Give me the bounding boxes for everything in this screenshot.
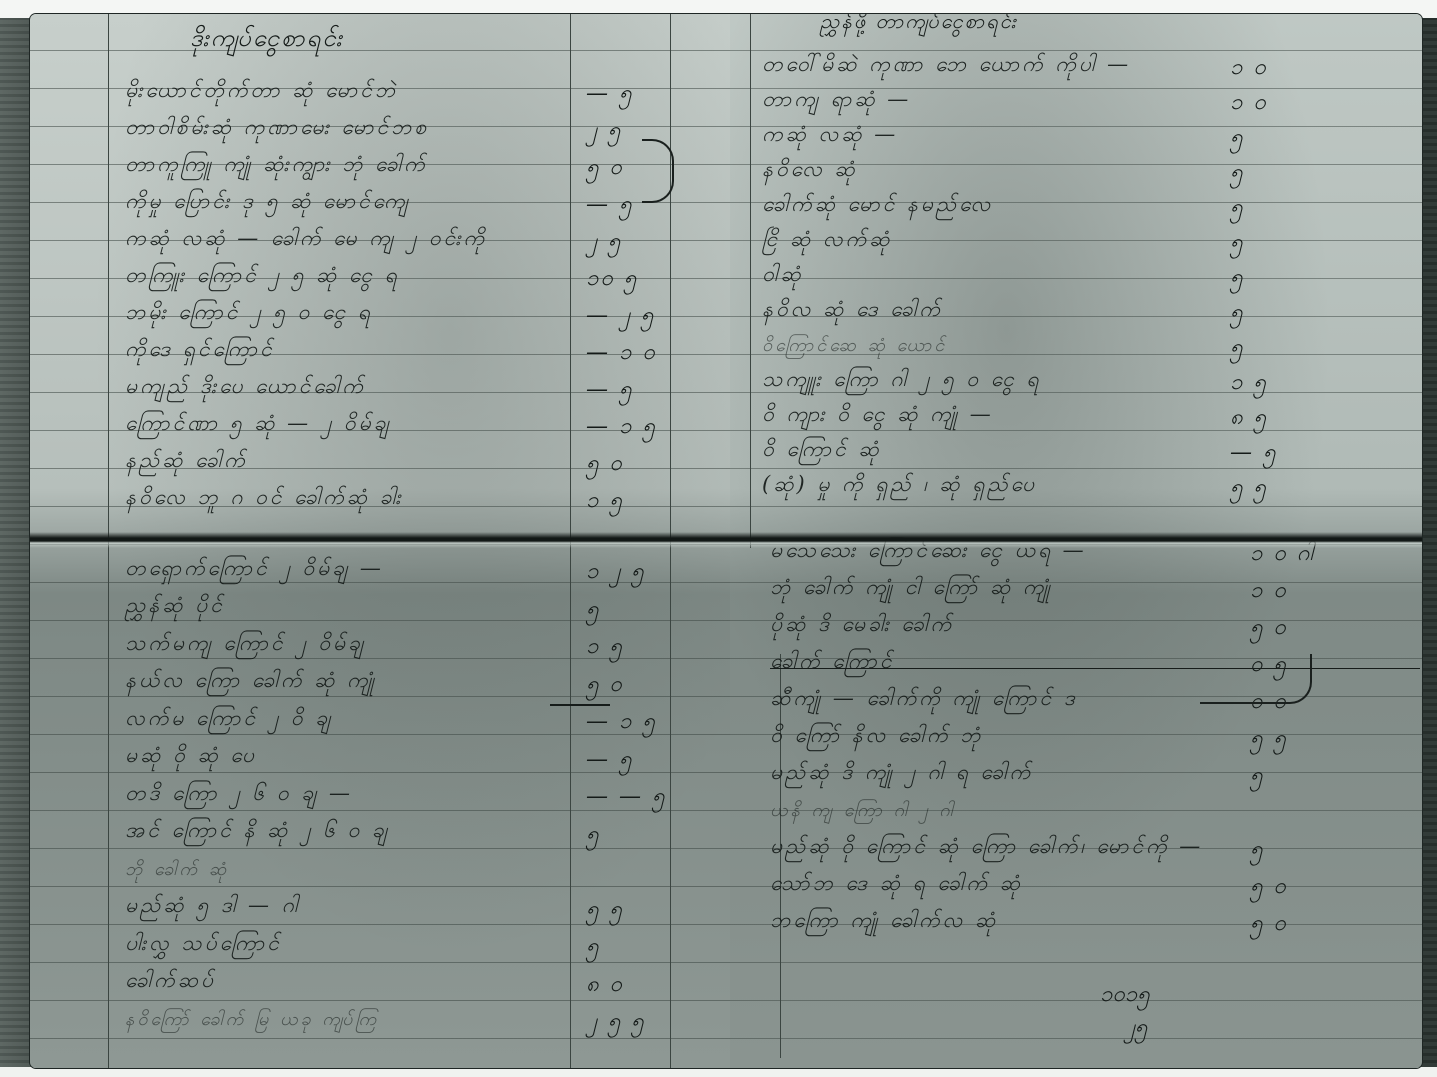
ledger-row: တရှောက်ကြောင် ၂ ဝိမ်ချ — xyxy=(125,552,384,588)
ledger-row: သော်ဘ ဒေ ဆုံ ရ ခေါက် ဆုံ xyxy=(770,867,1023,903)
ledger-row: ငြိ ဆုံ လက်ဆုံ xyxy=(762,223,892,259)
ledger-row: မည်ဆုံ ၅ ဒါ — ဂါ xyxy=(125,890,300,926)
ledger-row: နဝိကြော် ခေါက် မြ ယခု ကျပ်ကြ xyxy=(125,1002,379,1038)
entry-description: ယနိ ကျ ကြော ဂါ ၂ ဂါ xyxy=(770,798,956,825)
ledger-row: (ဆုံ) မှု ကို ရှည် ၊ ဆုံ ရှည်ပေ xyxy=(762,468,1037,504)
entry-amount: — ၁ ၅ xyxy=(586,411,657,444)
ink-underline-mark xyxy=(550,704,610,706)
entry-description: ခေါက် ကြောင် xyxy=(770,648,894,679)
entry-description: ခေါက်ဆပ် xyxy=(125,967,216,998)
entry-amount: ၅ xyxy=(586,931,600,964)
ledger-row: ခေါက်ဆုံ မောင် နမည်လေ xyxy=(762,188,993,224)
entry-description: မည်ဆုံ ဝို ကြောင် ဆုံ ကြော ခေါက်၊ မောင်က… xyxy=(770,833,1203,864)
entry-amount: ၅ xyxy=(586,819,600,852)
ledger-row: ကိုဒေ ရှင်ကြောင် xyxy=(125,333,275,369)
entry-amount: ၅ xyxy=(1230,122,1244,155)
entry-description: ဆီကျုံ — ခေါက်ကို ကျုံ ကြောင် ဒ xyxy=(770,685,1078,716)
entry-description: မိုးယောင်တိုက်တာ ဆုံ မောင်ဘဲ xyxy=(125,77,398,108)
entry-amount: ၅ ၀ xyxy=(1250,871,1288,904)
entry-amount: ၈ ၅ xyxy=(1230,402,1268,435)
entry-description: ညွှန်ဆုံ ပိုင် xyxy=(125,592,225,623)
entry-amount: ၁ ၅ xyxy=(586,485,624,518)
ledger-row: ဘုံ ခေါက် ကျုံ ငါ ကြော် ဆုံ ကျုံ xyxy=(770,571,1053,607)
ledger-row: ညွှန်ဆုံ ပိုင် xyxy=(125,590,225,626)
ledger-row: ပိုဆုံ ဒိ မေခါး ခေါက် xyxy=(770,608,954,644)
entry-description: အင် ကြောင် နိ ဆုံ ၂ ၆ ၀ ချ xyxy=(125,817,390,848)
entry-amount: ၅ xyxy=(1230,192,1244,225)
ledger-row: နဝိလေ ဆုံ xyxy=(762,153,858,189)
ledger-row: မည်ဆုံ ဝို ကြောင် ဆုံ ကြော ခေါက်၊ မောင်က… xyxy=(770,830,1203,866)
entry-description: တဒိ ကြော ၂ ၆ ၀ ချ — xyxy=(125,780,353,811)
entry-amount: ၈ ၀ xyxy=(586,969,624,1002)
entry-description: မဆုံ ဝို ဆုံ ပေ xyxy=(125,742,257,773)
ledger-row: သက်မကျ ကြောင် ၂ ဝိမ်ချ xyxy=(125,627,366,663)
ledger-row: ယနိ ကျ ကြော ဂါ ၂ ဂါ xyxy=(770,793,956,829)
ledger-row: ကဆုံ လဆုံ — xyxy=(762,118,898,154)
ledger-row: ဝိ ကြောင် ဆုံ xyxy=(762,433,882,469)
ledger-row: ဆီကျုံ — ခေါက်ကို ကျုံ ကြောင် ဒ xyxy=(770,682,1078,718)
ledger-row: ဘကြော ကျုံ ခေါက်လ ဆုံ xyxy=(770,904,998,940)
grand-total-line1: ၁၀၁၅ xyxy=(1100,979,1150,1012)
entry-description: ပိုဆုံ ဒိ မေခါး ခေါက် xyxy=(770,611,954,642)
entry-description: ဝိ ကြောင် ဆုံ xyxy=(762,436,882,467)
entry-description: မည်ဆုံ ၅ ဒါ — ဂါ xyxy=(125,892,300,923)
ledger-row: ဘို ခေါက် ဆုံ xyxy=(125,852,229,888)
entry-amount: ၁ ၀ xyxy=(1230,87,1268,120)
entry-description: မည်ဆုံ ဒိ ကျုံ ၂ ဂါ ရ ခေါက် xyxy=(770,759,1033,790)
ledger-row: မိုးယောင်တိုက်တာ ဆုံ မောင်ဘဲ xyxy=(125,74,398,110)
ledger-row: ဘမိုး ကြောင် ၂ ၅ ၀ ငွေ ရ xyxy=(125,296,373,332)
entry-description: သကျူး ကြော ဂါ ၂ ၅ ၀ ငွေ ရ xyxy=(762,366,1041,397)
entry-amount: ၁၀ ၅ xyxy=(586,263,638,296)
ledger-row: တကြူး ကြောင် ၂ ၅ ဆုံ ငွေ ရ xyxy=(125,259,400,295)
ledger-row: နဝိလေ ဘူ ဂ ဝင် ခေါက်ဆုံ ခါး xyxy=(125,481,403,517)
entry-amount: — ၅ xyxy=(586,78,633,111)
entry-description: တာကူကြူ ကျုံ ဆုံးကျွား ဘုံ ခေါက် xyxy=(125,151,428,182)
entry-amount: ၅ ၀ xyxy=(586,448,624,481)
entry-description: လက်မ ကြောင် ၂ ဝိ ချ xyxy=(125,705,333,736)
sum-bracket xyxy=(1200,654,1312,704)
entry-description: တဝေါ်မိဆဲ ကုဏာ ဘေ ယောက် ကိုပါ — xyxy=(762,51,1131,82)
entry-amount: ၁ ၂ ၅ xyxy=(586,556,646,589)
entry-amount: ၅ ၀ xyxy=(1250,908,1288,941)
entry-description: ကြောင်ဏာ ၅ ဆုံ — ၂ ဝိမ်ချ xyxy=(125,410,392,441)
entry-description: ကိုဒေ ရှင်ကြောင် xyxy=(125,336,275,367)
left-page-title: ဒိုးကျပ်ငွေစာရင်း xyxy=(190,22,344,58)
entry-amount: — ၂ ၅ xyxy=(586,300,655,333)
entry-description: ဝိ ကြော် နိလ ခေါက် ဘုံ xyxy=(770,722,983,753)
ledger-row: ဝိ ကြော် နိလ ခေါက် ဘုံ xyxy=(770,719,983,755)
entry-amount: ၂ ၅ ၅ xyxy=(586,1006,646,1039)
entry-amount: ၅ xyxy=(1250,760,1264,793)
ledger-row: မကျည် ဒိုးပေ ယောင်ခေါက် xyxy=(125,370,366,406)
entry-amount: ၁ ၀ xyxy=(1230,52,1268,85)
entry-description: (ဆုံ) မှု ကို ရှည် ၊ ဆုံ ရှည်ပေ xyxy=(762,471,1037,502)
entry-description: ဘမိုး ကြောင် ၂ ၅ ၀ ငွေ ရ xyxy=(125,299,373,330)
ledger-row: လက်မ ကြောင် ၂ ဝိ ချ xyxy=(125,702,333,738)
entry-description: နဝိကြော် ခေါက် မြ ယခု ကျပ်ကြ xyxy=(125,1007,379,1034)
entry-amount: ၅ ၅ xyxy=(586,894,624,927)
entry-amount: ၂ ၅ xyxy=(586,115,622,148)
entry-description: နဝိလေ ဘူ ဂ ဝင် ခေါက်ဆုံ ခါး xyxy=(125,484,403,515)
ink-cross-line xyxy=(770,668,1420,669)
entry-amount: ၅ ၅ xyxy=(1230,472,1268,505)
entry-description: တရှောက်ကြောင် ၂ ဝိမ်ချ — xyxy=(125,555,384,586)
entry-description: ကိုမှု ပြောင်း ဒု ၅ ဆုံ မောင်ကျေ xyxy=(125,188,411,219)
entry-amount: — ၅ xyxy=(1230,437,1277,470)
margin-rule-right-upper xyxy=(750,14,751,548)
entry-description: ငြိ ဆုံ လက်ဆုံ xyxy=(762,226,892,257)
entry-amount: ၅ xyxy=(1230,297,1244,330)
ledger-row: ခေါက်ဆပ် xyxy=(125,965,216,1001)
entry-description: ဝါဆုံ xyxy=(762,261,804,292)
entry-amount: ၅ xyxy=(1230,157,1244,190)
photo-border-bottom xyxy=(0,1067,1437,1077)
entry-description: ခေါက်ဆုံ မောင် နမည်လေ xyxy=(762,191,993,222)
ledger-row: ကိုမှု ပြောင်း ဒု ၅ ဆုံ မောင်ကျေ xyxy=(125,185,411,221)
entry-amount: — ၅ xyxy=(586,744,633,777)
entry-description: ကဆုံ လဆုံ — ခေါက် မေ ကျ ၂ ဝင်းကို xyxy=(125,225,487,256)
entry-description: ဘို ခေါက် ဆုံ xyxy=(125,857,229,884)
entry-description: ဘုံ ခေါက် ကျုံ ငါ ကြော် ဆုံ ကျုံ xyxy=(770,574,1053,605)
ledger-row: ကဆုံ လဆုံ — ခေါက် မေ ကျ ၂ ဝင်းကို xyxy=(125,222,487,258)
ledger-row: တဝေါ်မိဆဲ ကုဏာ ဘေ ယောက် ကိုပါ — xyxy=(762,48,1131,84)
ledger-row: နည်ဆုံ ခေါက် xyxy=(125,444,248,480)
entry-amount: ၅ ၀ xyxy=(1250,612,1288,645)
entry-amount: ၅ ၅ xyxy=(1250,723,1288,756)
entry-amount: — — ၅ xyxy=(586,781,666,814)
ledger-row: တာဝါစိမ်းဆုံ ကုဏာမေး မောင်ဘစ xyxy=(125,111,429,147)
ledger-row: မဆုံ ဝို ဆုံ ပေ xyxy=(125,740,257,776)
entry-description: ဘကြော ကျုံ ခေါက်လ ဆုံ xyxy=(770,907,998,938)
entry-amount: ၅ xyxy=(1230,262,1244,295)
entry-description: တာဝါစိမ်းဆုံ ကုဏာမေး မောင်ဘစ xyxy=(125,114,429,145)
entry-description: နဝိလေ ဆုံ xyxy=(762,156,858,187)
entry-description: ကဆုံ လဆုံ — xyxy=(762,121,898,152)
ledger-row: အင် ကြောင် နိ ဆုံ ၂ ၆ ၀ ချ xyxy=(125,815,390,851)
grand-total: ၁၀၁၅ ၂၅ xyxy=(1100,979,1150,1045)
entry-amount: ၅ xyxy=(586,594,600,627)
grouping-bracket xyxy=(642,139,674,203)
right-page-title: ညွှန်ဖို့ တာကျပ်ငွေစာရင်း xyxy=(820,14,1018,38)
page-fold-crease xyxy=(30,532,1422,548)
entry-description: ဝိကြောင်ဆေ ဆုံ ယောင် xyxy=(762,333,947,360)
ledger-row: ဝါဆုံ xyxy=(762,258,804,294)
ledger-row: ဝိကြောင်ဆေ ဆုံ ယောင် xyxy=(762,328,947,364)
entry-amount: — ၅ xyxy=(586,189,633,222)
entry-amount: ၅ xyxy=(1250,834,1264,867)
ledger-row: ပါးလွှ သပ်ကြောင် xyxy=(125,927,282,963)
ledger-row: ကြောင်ဏာ ၅ ဆုံ — ၂ ဝိမ်ချ xyxy=(125,407,392,443)
entry-description: ဝိ ကျား ဝိ ငွေ ဆုံ ကျုံ — xyxy=(762,401,994,432)
entry-description: နယ်လ ကြော ခေါက် ဆုံ ကျုံ xyxy=(125,667,377,698)
entry-amount: ၁ ၅ xyxy=(1230,367,1268,400)
ledger-row: ခေါက် ကြောင် xyxy=(770,645,894,681)
ledger-row: တာကူကြူ ကျုံ ဆုံးကျွား ဘုံ ခေါက် xyxy=(125,148,428,184)
entry-amount: ၁ ၀ xyxy=(1250,575,1288,608)
entry-description: နဝိလ ဆုံ ဒေ ခေါက် xyxy=(762,296,943,327)
entry-amount: ၁ ၅ xyxy=(586,631,624,664)
entry-amount: ၅ ၀ xyxy=(586,152,624,185)
entry-description: ပါးလွှ သပ်ကြောင် xyxy=(125,930,282,961)
entry-description: သော်ဘ ဒေ ဆုံ ရ ခေါက် ဆုံ xyxy=(770,870,1023,901)
ledger-row: နယ်လ ကြော ခေါက် ဆုံ ကျုံ xyxy=(125,665,377,701)
ledger-sheet: ဒိုးကျပ်ငွေစာရင်း မိုးယောင်တိုက်တာ ဆုံ မ… xyxy=(30,14,1422,1068)
entry-amount: ၅ ၀ xyxy=(586,669,624,702)
entry-amount: — ၁ ၅ xyxy=(586,706,657,739)
entry-description: မကျည် ဒိုးပေ ယောင်ခေါက် xyxy=(125,373,366,404)
ledger-row: သကျူး ကြော ဂါ ၂ ၅ ၀ ငွေ ရ xyxy=(762,363,1041,399)
ledger-row: တာကျ ရာဆုံ — xyxy=(762,83,911,119)
ledger-row: နဝိလ ဆုံ ဒေ ခေါက် xyxy=(762,293,943,329)
ledger-row: တဒိ ကြော ၂ ၆ ၀ ချ — xyxy=(125,777,353,813)
entry-description: နည်ဆုံ ခေါက် xyxy=(125,447,248,478)
entry-amount: ၂ ၅ xyxy=(586,226,622,259)
entry-description: သက်မကျ ကြောင် ၂ ဝိမ်ချ xyxy=(125,630,366,661)
entry-amount: — ၅ xyxy=(586,374,633,407)
grand-total-line2: ၂၅ xyxy=(1100,1012,1150,1045)
ledger-row: ဝိ ကျား ဝိ ငွေ ဆုံ ကျုံ — xyxy=(762,398,994,434)
entry-amount: — ၁ ၀ xyxy=(586,337,657,370)
entry-amount: ၅ xyxy=(1230,227,1244,260)
entry-description: တကြူး ကြောင် ၂ ၅ ဆုံ ငွေ ရ xyxy=(125,262,400,293)
ledger-row: မည်ဆုံ ဒိ ကျုံ ၂ ဂါ ရ ခေါက် xyxy=(770,756,1033,792)
entry-description: တာကျ ရာဆုံ — xyxy=(762,86,911,117)
entry-amount: ၅ xyxy=(1230,332,1244,365)
